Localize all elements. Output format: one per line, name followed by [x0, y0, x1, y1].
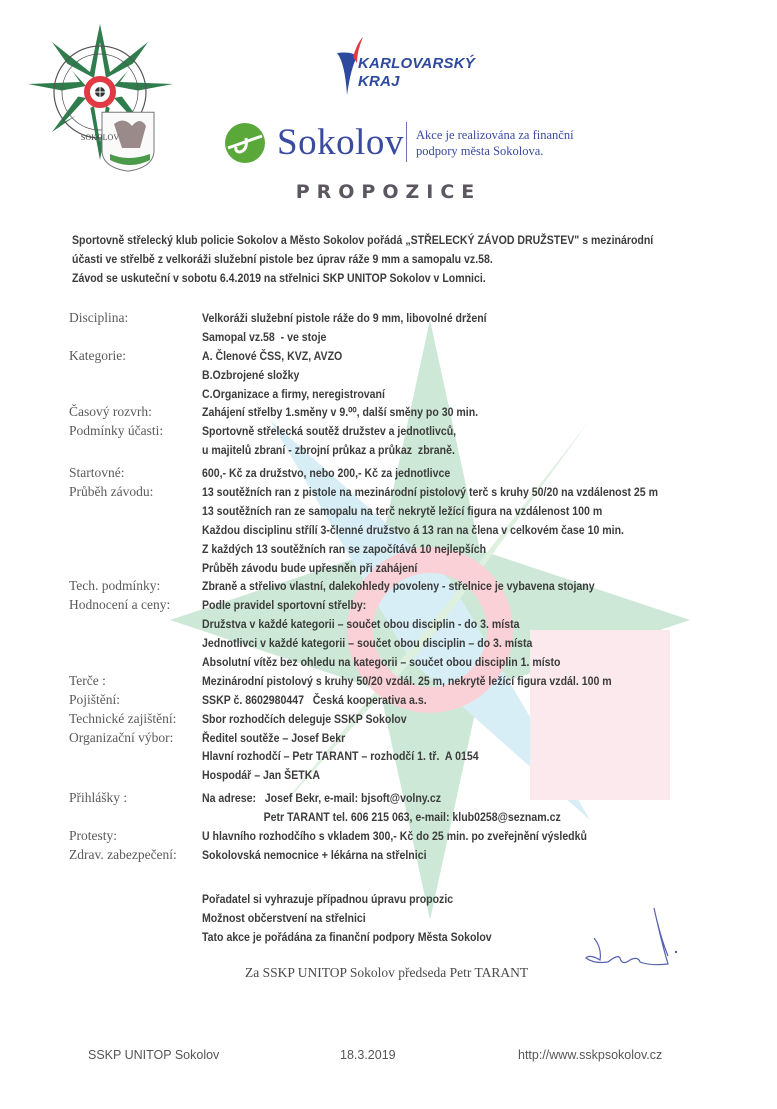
table-row: Tech. podmínky:Zbraně a střelivo vlastní… — [69, 578, 749, 597]
table-row: Technické zajištění:Sbor rozhodčích dele… — [69, 711, 749, 730]
row-value: Absolutní vítěz bez ohledu na kategorii … — [202, 655, 561, 669]
table-row: Zdrav. zabezpečení:Sokolovská nemocnice … — [69, 847, 749, 866]
row-label: Organizační výbor: — [69, 730, 173, 746]
row-value: Ředitel soutěže – Josef Bekr — [202, 731, 345, 745]
row-label: Technické zajištění: — [69, 711, 176, 727]
intro-paragraph: Sportovně střelecký klub policie Sokolov… — [72, 231, 653, 288]
signature-line: Za SSKP UNITOP Sokolov předseda Petr TAR… — [245, 965, 528, 981]
footer-website-link[interactable]: http://www.sskpsokolov.cz — [518, 1048, 662, 1062]
table-row: Podmínky účasti:Sportovně střelecká sout… — [69, 423, 749, 442]
table-row: Hospodář – Jan ŠETKA — [69, 767, 749, 786]
row-value: Na adrese: Josef Bekr, e-mail: bjsoft@vo… — [202, 791, 441, 805]
intro-line: Závod se uskuteční v sobotu 6.4.2019 na … — [72, 269, 653, 288]
intro-line: Sportovně střelecký klub policie Sokolov… — [72, 231, 653, 250]
table-row: Časový rozvrh:Zahájení střelby 1.směny v… — [69, 404, 749, 423]
table-row: Absolutní vítěz bez ohledu na kategorii … — [69, 654, 749, 673]
row-value: 13 soutěžních ran z pistole na mezinárod… — [202, 485, 658, 499]
closing-line: Tato akce je pořádána za finanční podpor… — [202, 928, 492, 947]
row-value: Z každých 13 soutěžních ran se započítáv… — [202, 542, 486, 556]
row-label: Průběh závodu: — [69, 484, 153, 500]
table-row: Petr TARANT tel. 606 215 063, e-mail: kl… — [69, 809, 749, 828]
sokolov-city-logo-icon — [224, 122, 266, 164]
club-emblem-icon: SOKOLOV — [28, 22, 178, 172]
row-value: A. Členové ČSS, KVZ, AVZO — [202, 349, 342, 363]
propositions-table: Disciplina:Velkoráži služební pistole rá… — [69, 310, 749, 866]
row-value: B.Ozbrojené složky — [202, 368, 299, 382]
footer-organization: SSKP UNITOP Sokolov — [88, 1048, 219, 1062]
table-row: Průběh závodu:13 soutěžních ran z pistol… — [69, 484, 749, 503]
table-row: Jednotlivci v každé kategorii – součet o… — [69, 635, 749, 654]
table-row: Pojištění:SSKP č. 8602980447 Česká koope… — [69, 692, 749, 711]
row-label: Kategorie: — [69, 348, 126, 364]
row-value: Sbor rozhodčích deleguje SSKP Sokolov — [202, 712, 407, 726]
footer-date: 18.3.2019 — [340, 1048, 396, 1062]
table-row: Přihlášky :Na adrese: Josef Bekr, e-mail… — [69, 790, 749, 809]
row-value: Podle pravidel sportovní střelby: — [202, 598, 366, 612]
row-value: u majitelů zbraní - zbrojní průkaz a prů… — [202, 443, 455, 457]
table-row: Hodnocení a ceny:Podle pravidel sportovn… — [69, 597, 749, 616]
row-label: Časový rozvrh: — [69, 404, 152, 420]
sokolov-city-name: Sokolov — [277, 121, 404, 164]
table-row: Protesty:U hlavního rozhodčího s vkladem… — [69, 828, 749, 847]
table-row: Organizační výbor:Ředitel soutěže – Jose… — [69, 730, 749, 749]
table-row: Hlavní rozhodčí – Petr TARANT – rozhodčí… — [69, 748, 749, 767]
row-value: SSKP č. 8602980447 Česká kooperativa a.s… — [202, 693, 427, 707]
row-value: Jednotlivci v každé kategorii – součet o… — [202, 636, 532, 650]
row-value: Petr TARANT tel. 606 215 063, e-mail: kl… — [202, 810, 561, 824]
row-label: Terče : — [69, 673, 106, 689]
table-row: Samopal vz.58 - ve stoje — [69, 329, 749, 348]
row-value: Samopal vz.58 - ve stoje — [202, 330, 326, 344]
row-value: U hlavního rozhodčího s vkladem 300,- Kč… — [202, 829, 587, 843]
row-value: Zbraně a střelivo vlastní, dalekohledy p… — [202, 579, 595, 593]
table-row: Disciplina:Velkoráži služební pistole rá… — [69, 310, 749, 329]
table-row: u majitelů zbraní - zbrojní průkaz a prů… — [69, 442, 749, 461]
document-title: PROPOZICE — [0, 181, 777, 203]
row-value: Družstva v každé kategorii – součet obou… — [202, 617, 519, 631]
row-value: Zahájení střelby 1.směny v 9.⁰⁰, další s… — [202, 405, 478, 419]
row-label: Tech. podmínky: — [69, 578, 160, 594]
row-value: Hlavní rozhodčí – Petr TARANT – rozhodčí… — [202, 749, 479, 763]
row-value: Sokolovská nemocnice + lékárna na střeln… — [202, 848, 427, 862]
signature-icon — [582, 898, 682, 968]
table-row: Kategorie:A. Členové ČSS, KVZ, AVZO — [69, 348, 749, 367]
table-row: Terče :Mezinárodní pistolový s kruhy 50/… — [69, 673, 749, 692]
row-value: Mezinárodní pistolový s kruhy 50/20 vzdá… — [202, 674, 612, 688]
row-value: Velkoráži služební pistole ráže do 9 mm,… — [202, 311, 487, 325]
row-label: Pojištění: — [69, 692, 120, 708]
row-value: Sportovně střelecká soutěž družstev a je… — [202, 424, 456, 438]
table-row: C.Organizace a firmy, neregistrovaní — [69, 386, 749, 405]
table-row: Družstva v každé kategorii – součet obou… — [69, 616, 749, 635]
row-value: Každou disciplinu střílí 3-členné družst… — [202, 523, 624, 537]
table-row: 13 soutěžních ran ze samopalu na terč ne… — [69, 503, 749, 522]
table-row: B.Ozbrojené složky — [69, 367, 749, 386]
row-label: Podmínky účasti: — [69, 423, 163, 439]
row-value: Průběh závodu bude upřesněn při zahájení — [202, 561, 417, 575]
row-label: Přihlášky : — [69, 790, 127, 806]
closing-line: Pořadatel si vyhrazuje případnou úpravu … — [202, 890, 492, 909]
table-row: Z každých 13 soutěžních ran se započítáv… — [69, 541, 749, 560]
closing-line: Možnost občerstvení na střelnici — [202, 909, 492, 928]
row-label: Hodnocení a ceny: — [69, 597, 170, 613]
karlovarsky-kraj-name: KARLOVARSKÝ KRAJ — [358, 55, 475, 91]
sokolov-divider — [406, 122, 407, 162]
row-label: Disciplina: — [69, 310, 128, 326]
table-row: Průběh závodu bude upřesněn při zahájení — [69, 560, 749, 579]
row-value: Hospodář – Jan ŠETKA — [202, 768, 320, 782]
row-label: Startovné: — [69, 465, 125, 481]
city-support-note: Akce je realizována za finanční podpory … — [416, 127, 574, 159]
svg-text:SOKOLOV: SOKOLOV — [81, 133, 119, 142]
row-value: 13 soutěžních ran ze samopalu na terč ne… — [202, 504, 602, 518]
row-value: C.Organizace a firmy, neregistrovaní — [202, 387, 385, 401]
intro-line: účasti ve střelbě z velkoráži služební p… — [72, 250, 653, 269]
closing-notes: Pořadatel si vyhrazuje případnou úpravu … — [202, 890, 492, 947]
row-label: Protesty: — [69, 828, 117, 844]
table-row: Startovné:600,- Kč za družstvo, nebo 200… — [69, 465, 749, 484]
row-label: Zdrav. zabezpečení: — [69, 847, 177, 863]
table-row: Každou disciplinu střílí 3-členné družst… — [69, 522, 749, 541]
row-value: 600,- Kč za družstvo, nebo 200,- Kč za j… — [202, 466, 450, 480]
